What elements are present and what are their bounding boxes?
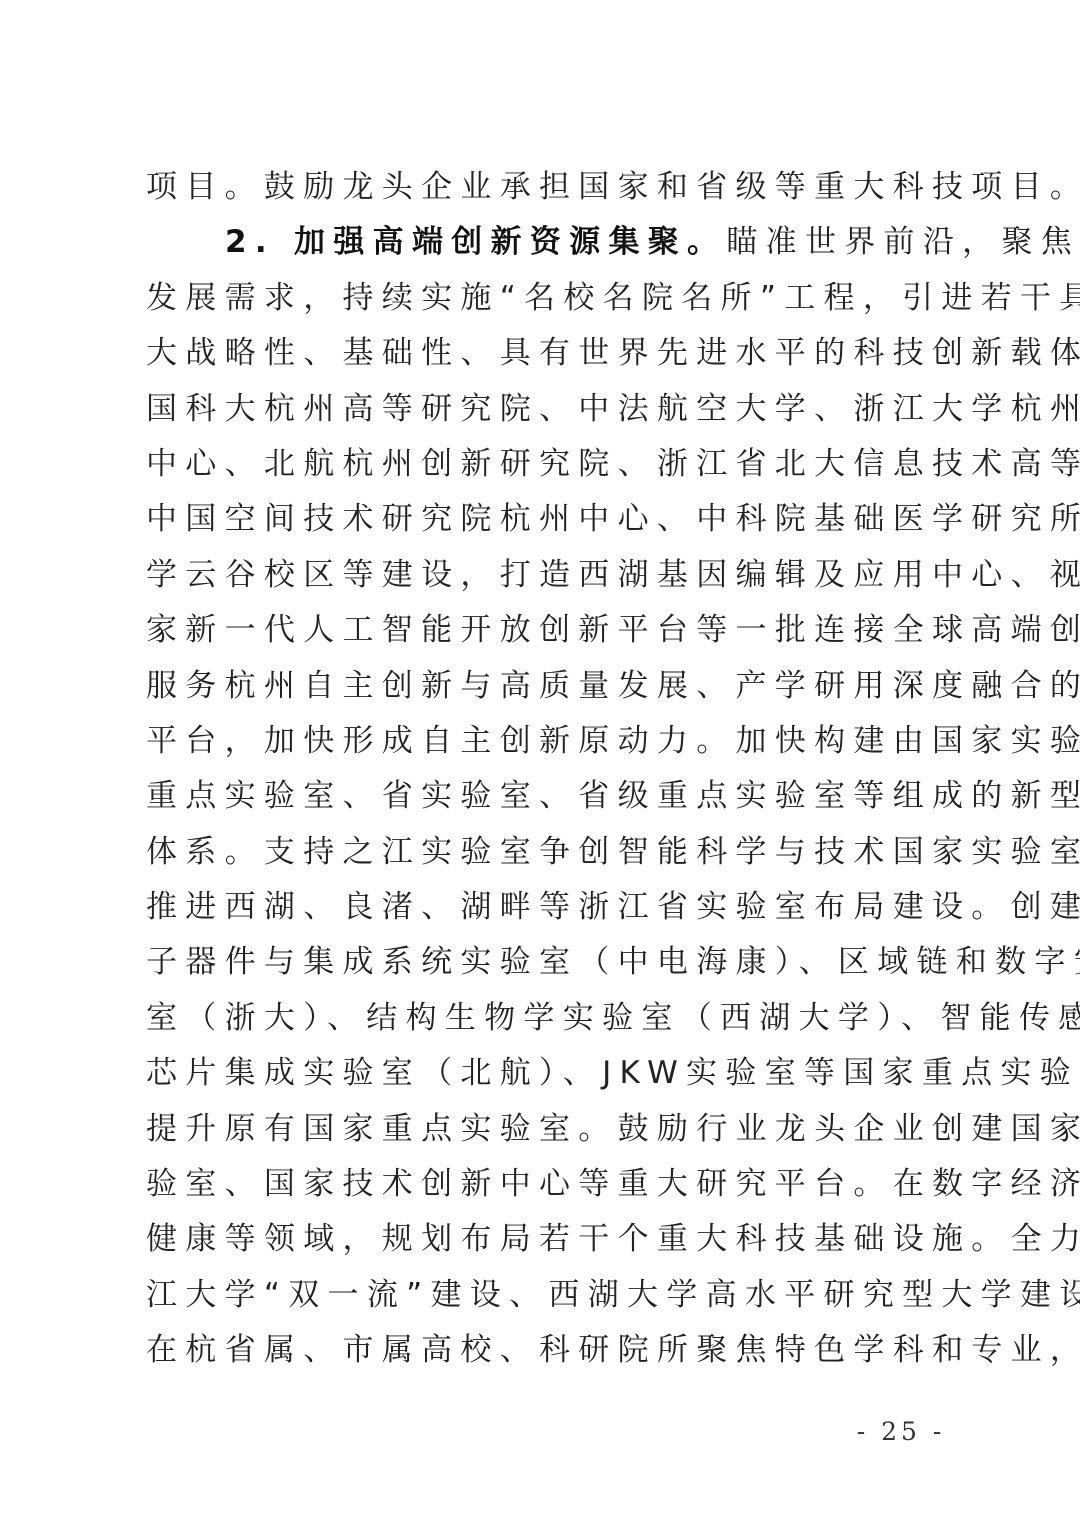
text-line: 项目。鼓励龙头企业承担国家和省级等重大科技项目。 — [146, 160, 946, 215]
text-line: 推进西湖、良渚、湖畔等浙江省实验室布局建设。创建自旋电 — [146, 880, 946, 935]
text-line: 在杭省属、市属高校、科研院所聚焦特色学科和专业，以一流学 — [146, 1323, 946, 1378]
section-heading-line: 2. 加强高端创新资源集聚。瞄准世界前沿，聚焦杭州产业 — [146, 215, 946, 270]
text-line: 重点实验室、省实验室、省级重点实验室等组成的新型实验室 — [146, 769, 946, 824]
text-line: 室（浙大）、结构生物学实验室（西湖大学）、智能传感材料与 — [146, 991, 946, 1046]
text-line: 发展需求，持续实施“名校名院名所”工程，引进若干具有重 — [146, 271, 946, 326]
section-heading-continuation: 瞄准世界前沿，聚焦杭州产业 — [726, 224, 1080, 260]
text-line: 芯片集成实验室（北航）、JKW实验室等国家重点实验室，整合 — [146, 1046, 946, 1101]
text-line: 服务杭州自主创新与高质量发展、产学研用深度融合的新型科创 — [146, 659, 946, 714]
text-line: 家新一代人工智能开放创新平台等一批连接全球高端创新资源、 — [146, 603, 946, 658]
page-number: - 25 - — [846, 1417, 956, 1446]
document-page: 项目。鼓励龙头企业承担国家和省级等重大科技项目。 2. 加强高端创新资源集聚。瞄… — [0, 0, 1080, 1527]
text-line: 大战略性、基础性、具有世界先进水平的科技创新载体。加快 — [146, 326, 946, 381]
text-line: 学云谷校区等建设，打造西湖基因编辑及应用中心、视频感知国 — [146, 548, 946, 603]
text-line: 中国空间技术研究院杭州中心、中科院基础医学研究所、西湖大 — [146, 492, 946, 547]
text-line: 平台，加快形成自主创新原动力。加快构建由国家实验室、国家 — [146, 714, 946, 769]
text-line: 验室、国家技术创新中心等重大研究平台。在数字经济、生命 — [146, 1157, 946, 1212]
text-line: 提升原有国家重点实验室。鼓励行业龙头企业创建国家重点实 — [146, 1102, 946, 1157]
section-heading: 2. 加强高端创新资源集聚。 — [225, 224, 726, 260]
text-line: 江大学“双一流”建设、西湖大学高水平研究型大学建设，支持 — [146, 1268, 946, 1323]
body-text: 项目。鼓励龙头企业承担国家和省级等重大科技项目。 2. 加强高端创新资源集聚。瞄… — [146, 160, 946, 1379]
text-line: 健康等领域，规划布局若干个重大科技基础设施。全力支持浙 — [146, 1212, 946, 1267]
text-line: 国科大杭州高等研究院、中法航空大学、浙江大学杭州国际科创 — [146, 382, 946, 437]
text-line: 子器件与集成系统实验室（中电海康）、区域链和数字安全实验 — [146, 935, 946, 990]
text-line: 中心、北航杭州创新研究院、浙江省北大信息技术高等研究院、 — [146, 437, 946, 492]
text-line: 体系。支持之江实验室争创智能科学与技术国家实验室，合力 — [146, 825, 946, 880]
